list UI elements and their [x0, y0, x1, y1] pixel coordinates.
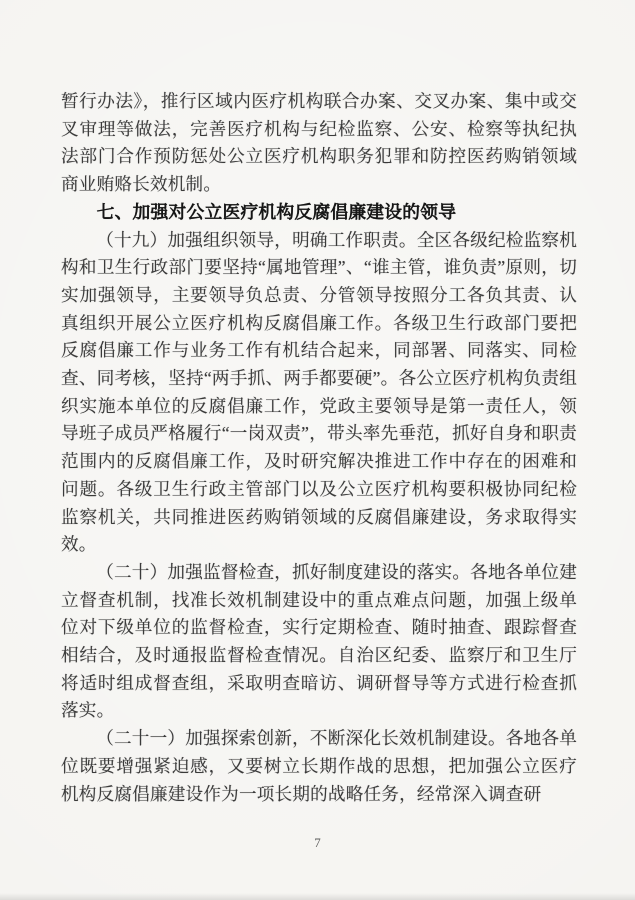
document-text-block: 暂行办法》，推行区域内医疗机构联合办案、交叉办案、集中或交叉审理等做法，完善医疗… [61, 88, 577, 808]
page-number: 7 [0, 835, 635, 851]
section-heading: 七、加强对公立医疗机构反腐倡廉建设的领导 [61, 199, 577, 227]
paragraph-item-20: （二十）加强监督检查，抓好制度建设的落实。各地各单位建立督查机制，找准长效机制建… [61, 559, 577, 725]
scanned-document-page: 暂行办法》，推行区域内医疗机构联合办案、交叉办案、集中或交叉审理等做法，完善医疗… [0, 0, 635, 900]
paragraph-item-21: （二十一）加强探索创新，不断深化长效机制建设。各地各单位既要增强紧迫感，又要树立… [61, 725, 577, 808]
paragraph-item-19: （十九）加强组织领导，明确工作职责。全区各级纪检监察机构和卫生行政部门要坚持“属… [61, 227, 577, 559]
paragraph-continuation: 暂行办法》，推行区域内医疗机构联合办案、交叉办案、集中或交叉审理等做法，完善医疗… [61, 88, 577, 199]
